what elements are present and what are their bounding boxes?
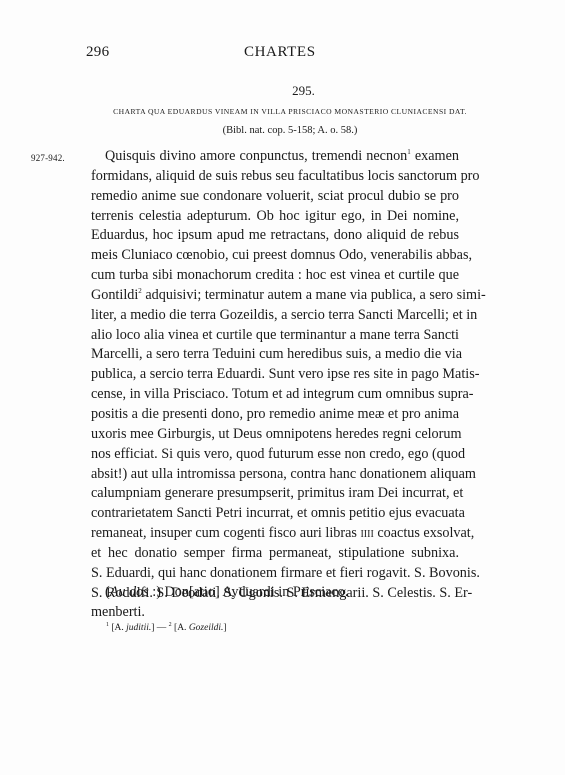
footnotes: 1 [A. juditii.] — 2 [A. Gozeildi.]: [106, 623, 227, 633]
body-line: publica, a sercio terra Eduardi. Sunt ve…: [91, 365, 459, 385]
charter-title: CHARTA QUA EDUARDUS VINEAM IN VILLA PRIS…: [90, 107, 490, 116]
endorsement-label: Au dos: [110, 584, 149, 600]
endorsement-text: Don[atio] Ayduardi in Prisciaco.: [165, 584, 349, 600]
charter-source: (Bibl. nat. cop. 5-158; A. o. 58.): [90, 125, 490, 136]
footnote-2-text: Gozeildi.: [189, 623, 224, 633]
footnote-1-text: juditii.: [126, 623, 151, 633]
body-line: positis a die presenti dono, pro remedio…: [91, 405, 459, 425]
endorsement-note: (Au dos :) Don[atio] Ayduardi in Priscia…: [105, 584, 348, 601]
charter-number: 295.: [0, 83, 565, 99]
body-line: cense, in villa Prisciaco. Totum et ad i…: [91, 385, 459, 405]
roman-numeral: iiii: [360, 525, 373, 541]
page-number: 296: [86, 44, 109, 61]
body-line: Eduardus, hoc ipsum apud me retractans, …: [91, 226, 459, 246]
body-line: uxoris mee Girburgis, ut Deus omnipotens…: [91, 425, 459, 445]
body-line: formidans, aliquid de suis rebus seu fac…: [91, 167, 459, 187]
body-line: meis Cluniaco cœnobio, cui preest domnus…: [91, 246, 459, 266]
body-line: terrenis celestia adepturum. Ob hoc igit…: [91, 207, 459, 227]
charter-body: Quisquis divino amore conpunctus, tremen…: [91, 147, 459, 623]
body-line: menberti.: [91, 603, 459, 623]
body-line: remedio anime sue condonare voluerit, sc…: [91, 187, 459, 207]
body-line: Marcelli, a sero terra Teduini cum hered…: [91, 345, 459, 365]
body-line: Quisquis divino amore conpunctus, tremen…: [91, 147, 459, 167]
body-line: et hec donatio semper firma permaneat, s…: [91, 544, 459, 564]
body-line: remaneat, insuper cum cogenti fisco auri…: [91, 524, 459, 544]
margin-date: 927-942.: [31, 153, 65, 163]
body-line: absit!) aut ulla intromissa persona, con…: [91, 465, 459, 485]
document-page: 296 CHARTES 295. CHARTA QUA EDUARDUS VIN…: [0, 0, 565, 775]
body-line: cum turba sibi monachorum credita : hoc …: [91, 266, 459, 286]
running-title: CHARTES: [244, 44, 316, 61]
body-line: Gontildi2 adquisivi; terminatur autem a …: [91, 286, 459, 306]
body-line: nos efficiat. Si quis vero, quod futurum…: [91, 445, 459, 465]
body-line: calumpniam generare presumpserit, primit…: [91, 484, 459, 504]
body-line: alio loco alia vinea et curtile que term…: [91, 326, 459, 346]
body-line: S. Eduardi, qui hanc donationem firmare …: [91, 564, 459, 584]
body-line: contrarietatem Sancti Petri incurrat, et…: [91, 504, 459, 524]
running-head: 296 CHARTES: [86, 44, 486, 64]
body-line: liter, a medio die terra Gozeildis, a se…: [91, 306, 459, 326]
